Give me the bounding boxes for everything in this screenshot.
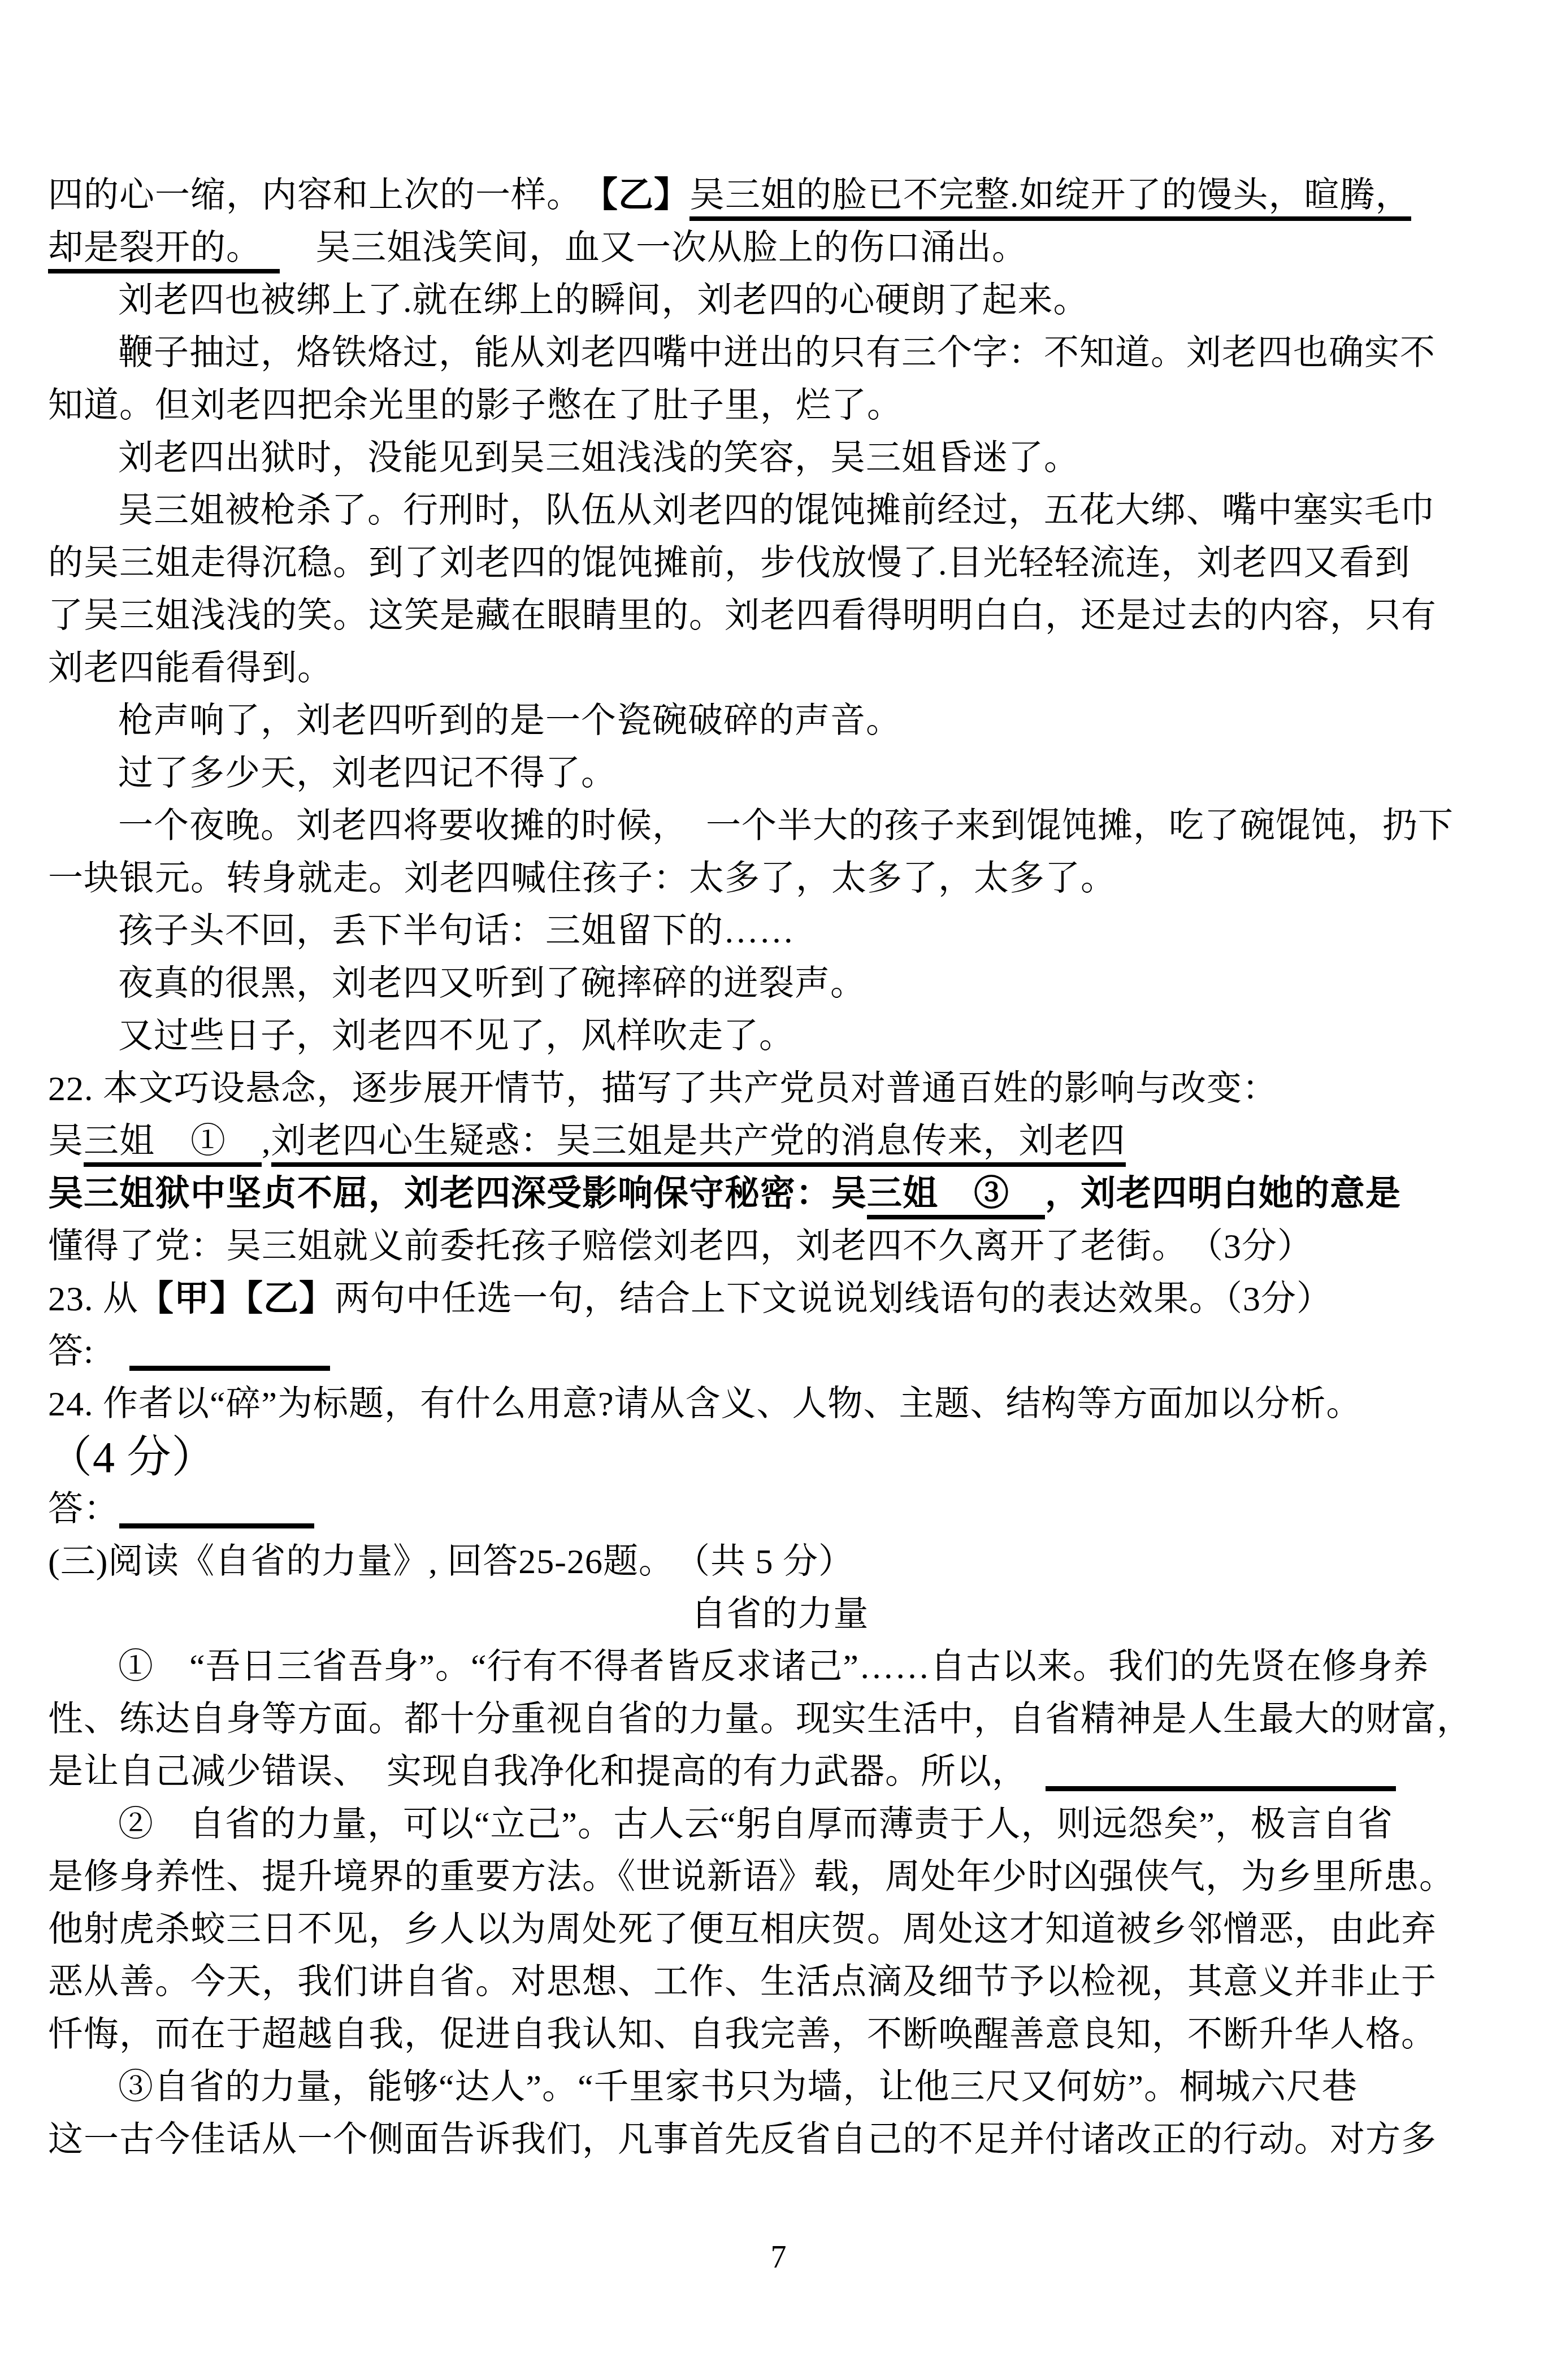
text-line-25: （4 分）: [48, 1431, 1512, 1483]
document-page: 四的心一缩，内容和上次的一样。 【乙】吴三姐的脸已不完整.如绽开了的馒头，暄腾，…: [0, 0, 1557, 2380]
text-segment: 他射虎杀蛟三日不见，乡人以为周处死了便互相庆贺。周处这才知道被乡邻憎恶，由此弃: [48, 1910, 1437, 1949]
text-line-8: 的吴三姐走得沉稳。到了刘老四的馄饨摊前，步伐放慢了.目光轻轻流连，刘老四又看到: [48, 537, 1512, 590]
text-line-38: 这一古今佳话从一个侧面告诉我们，凡事首先反省自己的不足并付诸改正的行动。对方多: [48, 2114, 1512, 2166]
text-segment: 四的心一缩，内容和上次的一样。: [48, 176, 600, 215]
text-line-13: 一个夜晚。刘老四将要收摊的时候， 一个半大的孩子来到馄饨摊，吃了碗馄饨，扔下: [48, 800, 1512, 853]
text-segment: 刘老四能看得到。: [48, 649, 333, 688]
text-segment: 忏悔，而在于超越自我，促进自我认知、自我完善，不断唤醒善意良知，不断升华人格。: [48, 2016, 1437, 2054]
text-line-33: 是修身养性、提升境界的重要方法。《世说新语》载，周处年少时凶强侠气，为乡里所患。: [48, 1851, 1512, 1904]
text-segment: 三姐 ①: [84, 1122, 262, 1167]
text-segment: 了吴三姐浅浅的笑。这笑是藏在眼睛里的。刘老四看得明明白白，还是过去的内容，只有: [48, 597, 1437, 635]
text-line-31: 是让自己减少错误、 实现自我净化和提高的有力武器。所以，: [48, 1746, 1512, 1799]
text-line-28: 自省的力量: [48, 1588, 1512, 1641]
text-segment: 孩子头不回，丢下半句话：三姐留下的……: [118, 912, 795, 950]
text-segment: 一块银元。转身就走。刘老四喊住孩子：太多了，太多了，太多了。: [48, 859, 1116, 898]
text-line-34: 他射虎杀蛟三日不见，乡人以为周处死了便互相庆贺。周处这才知道被乡邻憎恶，由此弃: [48, 1904, 1512, 1956]
text-segment: 吴: [48, 1122, 84, 1161]
text-line-11: 枪声响了，刘老四听到的是一个瓷碗破碎的声音。: [48, 695, 1512, 748]
text-segment: 夜真的很黑，刘老四又听到了碗摔碎的迸裂声。: [118, 965, 866, 1003]
text-segment: 知道。但刘老四把余光里的影子憋在了肚子里，烂了。: [48, 386, 903, 425]
text-segment: 答：: [48, 1490, 119, 1528]
text-segment: 一个夜晚。刘老四将要收摊的时候， 一个半大的孩子来到馄饨摊，吃了碗馄饨，扔下: [118, 807, 1454, 845]
text-segment: 24. 作者以“碎”为标题，有什么用意?请从含义、人物、主题、结构等方面加以分析…: [48, 1385, 1362, 1423]
text-line-2: 却是裂开的。 吴三姐浅笑间，血又一次从脸上的伤口涌出。: [48, 222, 1512, 275]
text-segment: 刘老四也被绑上了.就在绑上的瞬间，刘老四的心硬朗了起来。: [118, 281, 1089, 320]
text-line-27: (三)阅读《自省的力量》, 回答25-26题。 （共 5 分）: [48, 1536, 1512, 1588]
text-segment: 吴三姐的脸已不完整.如绽开了的馒头，暄腾，: [689, 176, 1411, 221]
document-content: 四的心一缩，内容和上次的一样。 【乙】吴三姐的脸已不完整.如绽开了的馒头，暄腾，…: [48, 170, 1512, 2166]
text-segment: 又过些日子，刘老四不见了，风样吹走了。: [118, 1017, 795, 1056]
text-line-21: 懂得了党：吴三姐就义前委托孩子赔偿刘老四，刘老四不久离开了老街。 （3分）: [48, 1221, 1512, 1273]
text-line-29: ① “吾日三省吾身”。“行有不得者皆反求诸己”……自古以来。我们的先贤在修身养: [48, 1641, 1512, 1693]
text-segment: 鞭子抽过，烙铁烙过，能从刘老四嘴中迸出的只有三个字：不知道。刘老四也确实不: [118, 334, 1435, 372]
text-segment: （4 分）: [48, 1432, 216, 1482]
text-line-26: 答：: [48, 1483, 1512, 1536]
text-line-1: 四的心一缩，内容和上次的一样。 【乙】吴三姐的脸已不完整.如绽开了的馒头，暄腾，: [48, 170, 1512, 222]
text-segment: 吴三姐狱中坚贞不屈，刘老四深受影响保守秘密：吴: [48, 1175, 867, 1213]
text-segment: 这一古今佳话从一个侧面告诉我们，凡事首先反省自己的不足并付诸改正的行动。对方多: [48, 2121, 1437, 2159]
text-line-15: 孩子头不回，丢下半句话：三姐留下的……: [48, 905, 1512, 958]
text-line-7: 吴三姐被枪杀了。行刑时，队伍从刘老四的馄饨摊前经过，五花大绑、嘴中塞实毛巾: [48, 485, 1512, 537]
text-segment: 吴三姐被枪杀了。行刑时，队伍从刘老四的馄饨摊前经过，五花大绑、嘴中塞实毛巾: [118, 492, 1435, 530]
text-segment: 吴三姐浅笑间，血又一次从脸上的伤口涌出。: [315, 229, 1027, 267]
text-line-12: 过了多少天，刘老四记不得了。: [48, 748, 1512, 800]
text-line-3: 刘老四也被绑上了.就在绑上的瞬间，刘老四的心硬朗了起来。: [48, 275, 1512, 327]
text-line-22: 23. 从【甲】【乙】两句中任选一句，结合上下文说说划线语句的表达效果。（3分）: [48, 1273, 1512, 1326]
text-line-16: 夜真的很黑，刘老四又听到了碗摔碎的迸裂声。: [48, 958, 1512, 1010]
answer-blank: [119, 1495, 314, 1528]
text-line-9: 了吴三姐浅浅的笑。这笑是藏在眼睛里的。刘老四看得明明白白，还是过去的内容，只有: [48, 590, 1512, 642]
text-line-6: 刘老四出狱时，没能见到吴三姐浅浅的笑容，吴三姐昏迷了。: [48, 432, 1512, 485]
text-line-14: 一块银元。转身就走。刘老四喊住孩子：太多了，太多了，太多了。: [48, 853, 1512, 905]
text-line-19: 吴三姐 ① ,刘老四心生疑惑：吴三姐是共产党的消息传来，刘老四: [48, 1115, 1512, 1168]
answer-blank: [1046, 1758, 1396, 1791]
text-segment: 刘老四心生疑惑：吴三姐是共产党的消息传来，刘老四: [271, 1122, 1126, 1167]
text-segment: 恶从善。今天，我们讲自省。对思想、工作、生活点滴及细节予以检视，其意义并非止于: [48, 1963, 1437, 2001]
text-segment: ③自省的力量，能够“达人”。“千里家书只为墙，让他三尺又何妨”。桐城六尺巷: [118, 2068, 1358, 2107]
text-segment: 答:: [48, 1332, 129, 1371]
text-line-23: 答:: [48, 1326, 1512, 1378]
text-segment: (三)阅读《自省的力量》, 回答25-26题。 （共 5 分）: [48, 1543, 854, 1581]
text-segment: 【乙】: [600, 176, 689, 215]
text-line-5: 知道。但刘老四把余光里的影子憋在了肚子里，烂了。: [48, 380, 1512, 432]
text-segment: 过了多少天，刘老四记不得了。: [118, 754, 617, 793]
text-line-18: 22. 本文巧设悬念，逐步展开情节，描写了共产党员对普通百姓的影响与改变：: [48, 1063, 1512, 1115]
text-line-17: 又过些日子，刘老四不见了，风样吹走了。: [48, 1010, 1512, 1063]
text-segment: 23. 从: [48, 1280, 138, 1318]
text-segment: [280, 229, 315, 267]
text-line-4: 鞭子抽过，烙铁烙过，能从刘老四嘴中迸出的只有三个字：不知道。刘老四也确实不: [48, 327, 1512, 380]
text-segment: ，刘老四明白她的意是: [1045, 1175, 1401, 1213]
text-segment: 两句中任选一句，结合上下文说说划线语句的表达效果。（3分）: [335, 1280, 1332, 1318]
text-segment: 三姐 ③: [867, 1175, 1045, 1219]
text-line-10: 刘老四能看得到。: [48, 642, 1512, 695]
text-segment: 22. 本文巧设悬念，逐步展开情节，描写了共产党员对普通百姓的影响与改变：: [48, 1070, 1278, 1108]
text-segment: 懂得了党：吴三姐就义前委托孩子赔偿刘老四，刘老四不久离开了老街。 （3分）: [48, 1227, 1313, 1266]
text-segment: 枪声响了，刘老四听到的是一个瓷碗破碎的声音。: [118, 702, 901, 740]
text-line-30: 性、练达自身等方面。都十分重视自省的力量。现实生活中，自省精神是人生最大的财富，: [48, 1693, 1512, 1746]
text-segment: 刘老四出狱时，没能见到吴三姐浅浅的笑容，吴三姐昏迷了。: [118, 439, 1079, 477]
text-segment: ② 自省的力量，可以“立己”。古人云“躬自厚而薄责于人，则远怨矣”，极言自省: [118, 1805, 1393, 1844]
text-segment: 的吴三姐走得沉稳。到了刘老四的馄饨摊前，步伐放慢了.目光轻轻流连，刘老四又看到: [48, 544, 1411, 583]
text-segment: 自省的力量: [691, 1595, 869, 1634]
text-line-35: 恶从善。今天，我们讲自省。对思想、工作、生活点滴及细节予以检视，其意义并非止于: [48, 1956, 1512, 2009]
text-segment: 【甲】【乙】: [138, 1280, 335, 1318]
text-line-32: ② 自省的力量，可以“立己”。古人云“躬自厚而薄责于人，则远怨矣”，极言自省: [48, 1799, 1512, 1851]
text-line-36: 忏悔，而在于超越自我，促进自我认知、自我完善，不断唤醒善意良知，不断升华人格。: [48, 2009, 1512, 2061]
text-line-20: 吴三姐狱中坚贞不屈，刘老四深受影响保守秘密：吴三姐 ③ ，刘老四明白她的意是: [48, 1168, 1512, 1221]
text-segment: 是让自己减少错误、 实现自我净化和提高的有力武器。所以，: [48, 1753, 1046, 1791]
answer-blank: [129, 1337, 330, 1371]
text-segment: ,: [262, 1122, 271, 1161]
text-line-24: 24. 作者以“碎”为标题，有什么用意?请从含义、人物、主题、结构等方面加以分析…: [48, 1378, 1512, 1431]
text-segment: 却是裂开的。: [48, 229, 280, 273]
text-segment: 是修身养性、提升境界的重要方法。《世说新语》载，周处年少时凶强侠气，为乡里所患。: [48, 1858, 1455, 1896]
page-number: 7: [0, 2235, 1557, 2280]
text-line-37: ③自省的力量，能够“达人”。“千里家书只为墙，让他三尺又何妨”。桐城六尺巷: [48, 2061, 1512, 2114]
text-segment: ① “吾日三省吾身”。“行有不得者皆反求诸己”……自古以来。我们的先贤在修身养: [118, 1648, 1429, 1686]
text-segment: 性、练达自身等方面。都十分重视自省的力量。现实生活中，自省精神是人生最大的财富，: [48, 1700, 1472, 1739]
